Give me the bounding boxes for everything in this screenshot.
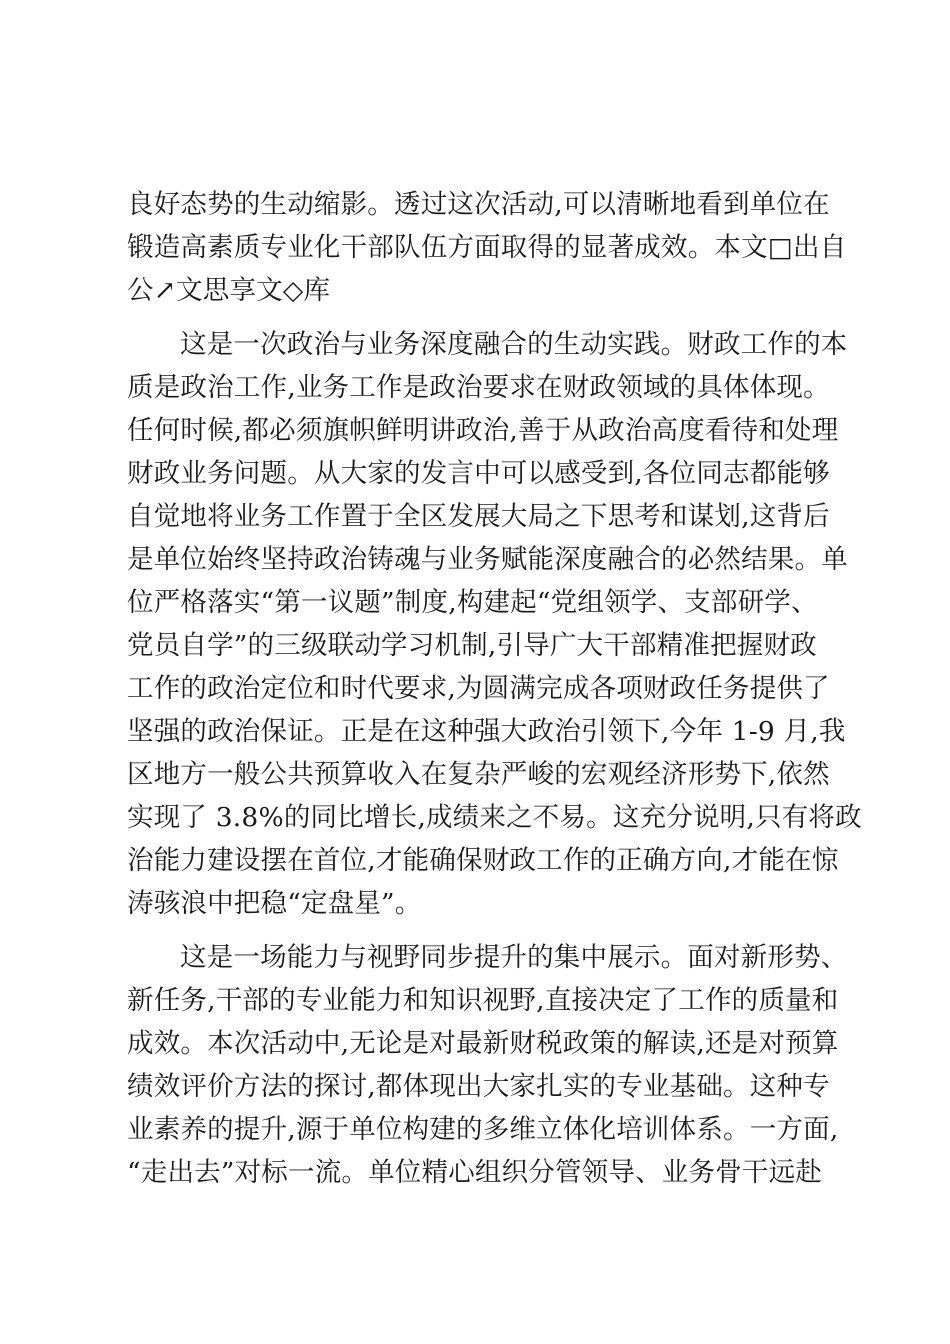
- paragraph-start-line: 这是一次政治与业务深度融合的生动实践。财政工作的本: [180, 323, 890, 366]
- text-line: 坚强的政治保证。正是在这种强大政治引领下,今年 1-9 月,我: [127, 710, 837, 753]
- document-page: 良好态势的生动缩影。透过这次活动,可以清晰地看到单位在 锻造高素质专业化干部队伍…: [0, 0, 950, 1344]
- text-line: 位严格落实“第一议题”制度,构建起“党组领学、支部研学、: [127, 581, 837, 624]
- text-line: 成效。本次活动中,无论是对最新财税政策的解读,还是对预算: [127, 1022, 837, 1065]
- text-line: 任何时候,都必须旗帜鲜明讲政治,善于从政治高度看待和处理: [127, 409, 837, 452]
- text-line: 新任务,干部的专业能力和知识视野,直接决定了工作的质量和: [127, 979, 837, 1022]
- text-line: 良好态势的生动缩影。透过这次活动,可以清晰地看到单位在: [127, 183, 837, 226]
- text-line: 治能力建设摆在首位,才能确保财政工作的正确方向,才能在惊: [127, 839, 837, 882]
- text-line: 实现了 3.8%的同比增长,成绩来之不易。这充分说明,只有将政: [127, 796, 837, 839]
- text-line: 涛骇浪中把稳“定盘星”。: [127, 882, 837, 925]
- text-line: 公↗文思享文◇库: [127, 269, 837, 312]
- text-line: 工作的政治定位和时代要求,为圆满完成各项财政任务提供了: [127, 667, 837, 710]
- paragraph-start-line: 这是一场能力与视野同步提升的集中展示。面对新形势、: [180, 936, 890, 979]
- text-line: 自觉地将业务工作置于全区发展大局之下思考和谋划,这背后: [127, 495, 837, 538]
- text-line: 财政业务问题。从大家的发言中可以感受到,各位同志都能够: [127, 452, 837, 495]
- text-line: 质是政治工作,业务工作是政治要求在财政领域的具体体现。: [127, 366, 837, 409]
- text-line: 业素养的提升,源于单位构建的多维立体化培训体系。一方面,: [127, 1108, 837, 1151]
- text-line: 锻造高素质专业化干部队伍方面取得的显著成效。本文□出自: [127, 226, 837, 269]
- text-line: 区地方一般公共预算收入在复杂严峻的宏观经济形势下,依然: [127, 753, 837, 796]
- text-line: “走出去”对标一流。单位精心组织分管领导、业务骨干远赴: [127, 1151, 837, 1194]
- text-line: 绩效评价方法的探讨,都体现出大家扎实的专业基础。这种专: [127, 1065, 837, 1108]
- text-line: 是单位始终坚持政治铸魂与业务赋能深度融合的必然结果。单: [127, 538, 837, 581]
- text-line: 党员自学”的三级联动学习机制,引导广大干部精准把握财政: [127, 624, 837, 667]
